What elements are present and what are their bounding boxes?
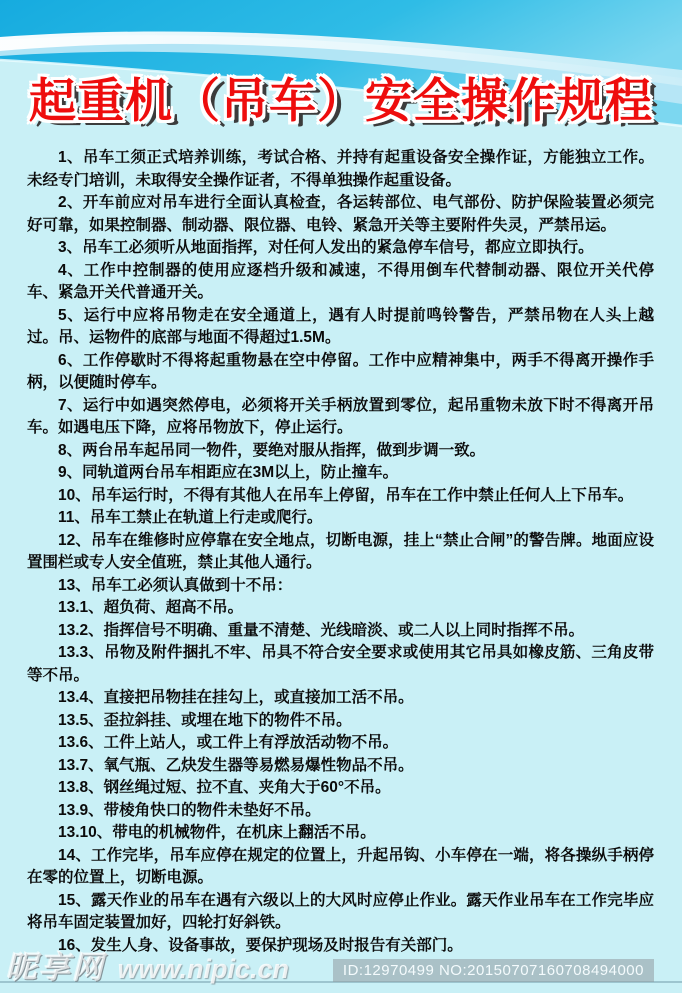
rule-item: 11、吊车工禁止在轨道上行走或爬行。: [27, 507, 654, 530]
rule-item: 15、露天作业的吊车在遇有六级以上的大风时应停止作业。露天作业吊车在工作完毕应将…: [27, 890, 654, 935]
rule-item: 8、两台吊车起吊同一物件，要绝对服从指挥，做到步调一致。: [27, 440, 654, 463]
safety-poster: 起重机（吊车）安全操作规程 1、吊车工须正式培养训练，考试合格、并持有起重设备安…: [0, 0, 682, 993]
rules-list: 1、吊车工须正式培养训练，考试合格、并持有起重设备安全操作证，方能独立工作。未经…: [27, 147, 654, 957]
watermark-site-url: www.nipic.cn: [117, 954, 289, 984]
rule-item: 13.8、钢丝绳过短、拉不直、夹角大于60°不吊。: [27, 777, 654, 800]
rule-item: 3、吊车工必须听从地面指挥，对任何人发出的紧急停车信号，都应立即执行。: [27, 237, 654, 260]
rule-item: 7、运行中如遇突然停电，必须将开关手柄放置到零位，起吊重物未放下时不得离开吊车。…: [27, 395, 654, 440]
rule-item: 5、运行中应将吊物走在安全通道上，遇有人时提前鸣铃警告，严禁吊物在人头上越过。吊…: [27, 305, 654, 350]
rule-item: 13.3、吊物及附件捆扎不牢、吊具不符合安全要求或使用其它吊具如橡皮筋、三角皮带…: [27, 642, 654, 687]
rule-item: 10、吊车运行时，不得有其他人在吊车上停留，吊车在工作中禁止任何人上下吊车。: [27, 485, 654, 508]
rule-item: 13.10、带电的机械物件，在机床上翻活不吊。: [27, 822, 654, 845]
rule-item: 13、吊车工必须认真做到十不吊：: [27, 575, 654, 598]
rule-item: 14、工作完毕，吊车应停在规定的位置上，升起吊钩、小车停在一端，将各操纵手柄停在…: [27, 845, 654, 890]
rule-item: 13.4、直接把吊物挂在挂勾上，或直接加工活不吊。: [27, 687, 654, 710]
rule-item: 13.7、氧气瓶、乙炔发生器等易燃易爆性物品不吊。: [27, 755, 654, 778]
rule-item: 9、同轨道两台吊车相距应在3M以上，防止撞车。: [27, 462, 654, 485]
poster-title: 起重机（吊车）安全操作规程: [0, 64, 682, 131]
rule-item: 6、工作停歇时不得将起重物悬在空中停留。工作中应精神集中，两手不得离开操作手柄，…: [27, 350, 654, 395]
rule-item: 4、工作中控制器的使用应逐档升级和减速，不得用倒车代替制动器、限位开关代停车、紧…: [27, 260, 654, 305]
rule-item: 1、吊车工须正式培养训练，考试合格、并持有起重设备安全操作证，方能独立工作。未经…: [27, 147, 654, 192]
watermark-id-badge: ID:12970499 NO:20150707160708494000: [333, 959, 654, 982]
rule-item: 13.5、歪拉斜挂、或埋在地下的物件不吊。: [27, 710, 654, 733]
rule-item: 2、开车前应对吊车进行全面认真检查，各运转部位、电气部份、防护保险装置必须完好可…: [27, 192, 654, 237]
watermark-site: 昵享网 www.nipic.cn: [6, 942, 289, 987]
rule-item: 13.2、指挥信号不明确、重量不清楚、光线暗淡、或二人以上同时指挥不吊。: [27, 620, 654, 643]
watermark-site-name: 昵享网: [6, 950, 105, 985]
rule-item: 13.6、工件上站人，或工件上有浮放活动物不吊。: [27, 732, 654, 755]
rule-item: 13.1、超负荷、超高不吊。: [27, 597, 654, 620]
rule-item: 12、吊车在维修时应停靠在安全地点，切断电源，挂上“禁止合闸”的警告牌。地面应设…: [27, 530, 654, 575]
rule-item: 13.9、带棱角快口的物件未垫好不吊。: [27, 800, 654, 823]
